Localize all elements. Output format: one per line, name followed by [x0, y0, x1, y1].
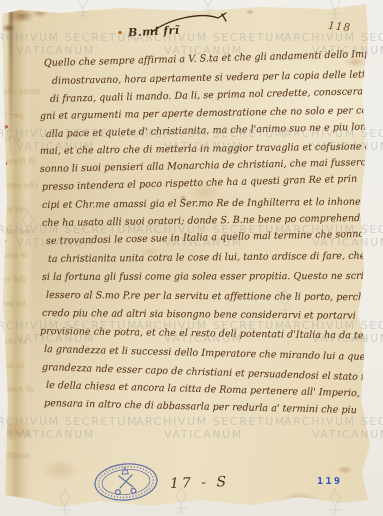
manuscript-line: provisione che potra, et che el resto de…: [40, 326, 383, 343]
manuscript-line: sonno li suoi pensieri alla Monarchia de…: [40, 157, 383, 176]
manuscript-line: si la fortuna gli fussi come gia solea e…: [42, 271, 383, 284]
manuscript-photo: mons cheper leel redi franzache sonoser …: [0, 0, 383, 516]
binding-shadow: [9, 8, 13, 158]
page-curled-edge: [0, 0, 34, 516]
folio-number-top: 118: [327, 21, 351, 34]
manuscript-line: Quello che sempre affirmai a V. S.ta et …: [44, 48, 383, 70]
docket-inscription: B.mi frĩ: [126, 14, 236, 48]
tiara-icon: [122, 468, 129, 475]
manuscript-line: ta christianita unita cotra le cose di l…: [48, 250, 383, 266]
manuscript-line: se trovandosi le cose sue in Italia a qu…: [46, 228, 383, 248]
manuscript-page: mons cheper leel redi franzache sonoser …: [0, 0, 383, 516]
manuscript-line: dimostravano, hora apertamente si vedera…: [52, 68, 383, 87]
manuscript-line: mai, et che altro che di metterla in mag…: [40, 141, 383, 158]
manuscript-line: credo piu che ad altri sia bisongno bene…: [42, 308, 383, 323]
manuscript-line: le della chiesa et ancora la citta de Ro…: [46, 380, 375, 400]
manuscript-line: pensara in altro che di abbassarla per r…: [44, 398, 357, 417]
archival-note: 17 - S: [170, 475, 229, 491]
manuscript-line: che ha usato alli suoi oratori; donde S.…: [42, 213, 383, 230]
manuscript-line: di franza, quali li mando. Da li, se pri…: [50, 85, 383, 106]
page-stamp-number: 119: [317, 477, 343, 487]
manuscript-line: la grandezza et li successi dello Impera…: [44, 344, 380, 364]
ink-dot: [118, 31, 122, 34]
docket-inscription-text: B.mi frĩ: [128, 25, 180, 39]
manuscript-line: lessero al S.mo P.re per la servitu et a…: [46, 290, 383, 304]
archive-oval-stamp: [90, 458, 161, 506]
manuscript-line: gni et argumenti ma per aperte demostrat…: [40, 104, 383, 123]
manuscript-line: alla pace et quiete d' christianita, ma …: [46, 121, 383, 141]
manuscript-line: cipi et Chr.me amassi gia el Ser.mo Re d…: [42, 196, 383, 211]
manuscript-line: presso intendera el poco rispetto che ha…: [42, 174, 358, 194]
papal-keys-icon: [114, 474, 136, 495]
